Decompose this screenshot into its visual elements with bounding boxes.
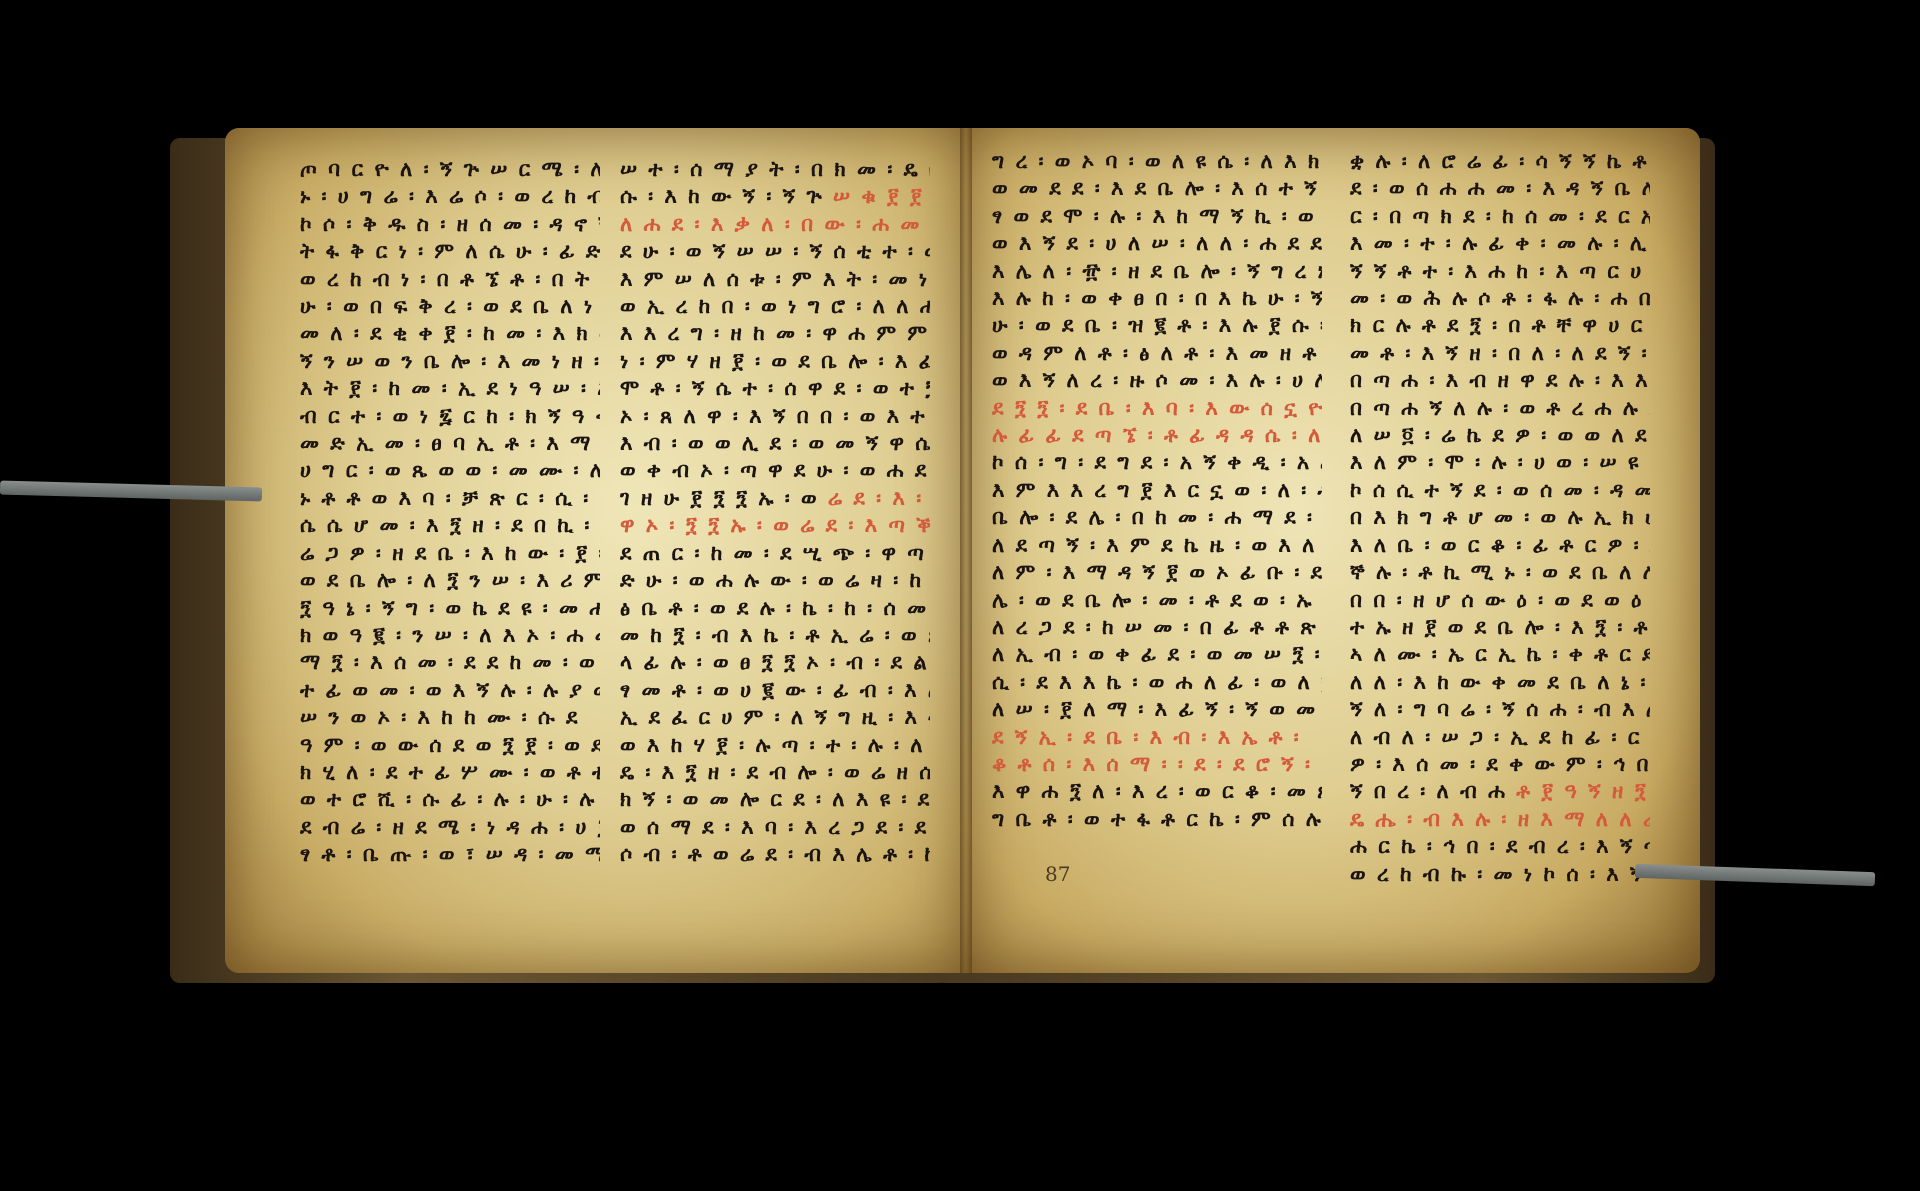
manuscript-line: ሴ ሴ ሆ መ ፡ እ ፺ ዘ ፡ ደ በ ኪ ፡ ወ ለ (300, 512, 600, 539)
manuscript-line: ት ፋ ቅ ር ነ ፡ ም ለ ሴ ሁ ፡ ፊ ድ ፋ ደ ፡ (300, 238, 600, 265)
manuscript-line: ፃ ቶ ፡ ቤ ጡ ፡ ወ ፣ ሠ ዳ ፡ መ ማ ፻ (300, 841, 600, 868)
manuscript-line: ክ ር ሉ ቶ ደ ፺ ፡ በ ቶ ቸ ዋ ሀ ር ሴ ቶ ፡ ወ (1350, 312, 1650, 339)
manuscript-line: እ ም እ እ ረ ግ ፻ እ ር ኗ ወ ፡ ለ ፡ ቶ ፡ ወ ደ (992, 477, 1322, 504)
manuscript-line: ሌ ፡ ወ ደ ቤ ሎ ፡ መ ፡ ቶ ደ ወ ፡ ኡ ፊ ቶ ፡ (992, 587, 1322, 614)
manuscript-line: ሲ ፡ ደ እ እ ኬ ፡ ወ ሐ ለ ፊ ፡ ወ ለ ፶ (992, 669, 1322, 696)
manuscript-line: ክ ኝ ፡ ወ መ ሎ ር ደ ፡ ለ እ ዩ ፡ ደ ፺ ፬ ሬ (620, 786, 930, 813)
manuscript-line: በ ጣ ሐ ፡ እ ብ ዘ ዋ ደ ሉ ፡ እ እ ለ ቶ ፡ (1350, 367, 1650, 394)
manuscript-line: ዎ ፡ እ ሰ መ ፡ ደ ቀ ው ም ፡ ኅ በ ፡ መ (1350, 751, 1650, 778)
manuscript-line: ድ ሁ ፡ ወ ሐ ሉ ው ፡ ወ ሬ ዛ ፡ ከ መ ፡ ደ ዓ (620, 567, 930, 594)
manuscript-line: ዴ ፡ እ ፺ ዘ ፡ ደ ብ ሎ ፡ ወ ሬ ዘ ሰ ወ (620, 759, 930, 786)
manuscript-line: ፅ ቤ ቶ ፡ ወ ደ ሉ ፡ ኬ ፡ ከ ፡ ሰ መ ፡ (620, 595, 930, 622)
manuscript-line: ለ ብ ለ ፡ ሠ ጋ ፡ ኢ ደ ከ ፊ ፡ ር እ ዎ (1350, 724, 1650, 751)
manuscript-line: ሁ ፡ ወ በ ፍ ቅ ረ ፡ ወ ደ ቤ ለ ነ ፡ እ (300, 293, 600, 320)
manuscript-line: መ ቶ ፡ እ ኝ ዘ ፡ በ ለ ፡ ለ ደ ኝ ፡ ፻ (1350, 340, 1650, 367)
manuscript-line: ኮ ሰ ፡ ግ ፡ ደ ግ ደ ፡ አ ኝ ቀ ዲ ፡ አ ሐ ዱ ፡ (992, 449, 1322, 476)
manuscript-line: ለ ለ ፡ እ ከ ው ቀ መ ደ ቤ ለ ኔ ፡ ዮ ሐ (1350, 669, 1650, 696)
manuscript-line: ኣ ለ ሙ ፡ ኤ ር ኢ ኬ ፡ ቀ ቶ ር ደ ፡ (1350, 641, 1650, 668)
manuscript-line: ለ ሠ ፡ ፻ ለ ማ ፡ እ ፊ ኝ ፡ ኝ ወ መ ኝ ፡ ፬ ፡ (992, 696, 1322, 723)
manuscript-line: ዋ ኦ ፡ ፺ ፺ ኡ ፡ ወ ሬ ደ ፡ እ ጣ ቕ (620, 512, 930, 539)
manuscript-line: ቆ ቶ ሰ ፡ እ ሰ ማ ፡ ፡ ደ ፡ ደ ሮ ኝ ፡ (992, 751, 1322, 778)
manuscript-line: ማ ፺ ፡ እ ሰ መ ፡ ደ ደ ከ መ ፡ ወ ተ ቶ (300, 649, 600, 676)
manuscript-line: ተ ኡ ዘ ፻ ወ ደ ቤ ሎ ፡ እ ፺ ፡ ቶ (1350, 614, 1650, 641)
manuscript-line: ወ ተ ሮ ሺ ፡ ሱ ፊ ፡ ሉ ፡ ሁ ፡ ሉ ፡ ዘ (300, 786, 600, 813)
manuscript-line: ኮ ሶ ፡ ቅ ዱ ስ ፡ ዘ ሰ መ ፡ ዳ ኖ ኝ ፡ ወ (300, 211, 600, 238)
text-column-left-2: ሠ ተ ፡ ሰ ማ ያ ት ፡ በ ክ መ ፡ ዴ ቤ ፡ በ ቃሱ ፡ እ ከ… (620, 156, 930, 869)
manuscript-line: ወ ደ ቤ ሎ ፡ ለ ፺ ን ሠ ፡ እ ሪ ም ፡ (300, 567, 600, 594)
manuscript-line: መ ድ ኢ መ ፡ ፀ ባ ኢ ቶ ፡ እ ማ ኢ ት ፡ (300, 430, 600, 457)
manuscript-line: ወ ሰ ማ ደ ፡ እ ባ ፡ እ ረ ጋ ደ ፡ ደ ቤ ፡ (620, 814, 930, 841)
manuscript-line: ኮ ሰ ሲ ተ ኝ ደ ፡ ወ ሰ መ ፡ ዳ መ ፡ (1350, 477, 1650, 504)
manuscript-line: ፺ ዓ ኔ ፡ ኝ ግ ፡ ወ ኬ ደ ዩ ፡ መ ሐ ሴ (300, 595, 600, 622)
manuscript-line: በ እ ክ ግ ቶ ሆ መ ፡ ወ ሉ ኢ ክ ሀ ደ ፡ (1350, 504, 1650, 531)
manuscript-line: ተ ፊ ወ መ ፡ ወ እ ኝ ሉ ፡ ሉ ያ ወ ፡ (300, 677, 600, 704)
manuscript-line: ፃ መ ቶ ፡ ወ ሀ ፪ ው ፡ ፊ ብ ፡ እ ለ ፡ (620, 677, 930, 704)
manuscript-line: ሱ ፡ እ ከ ው ኝ ፡ ኝ ጕ ሠ ቁ ፻ ፻ ሬ ፡ (620, 183, 930, 210)
manuscript-line: ደ ጠ ር ፡ ከ መ ፡ ደ ሢ ጭ ፡ ዋ ጣ ር ፡ እ ደ (620, 540, 930, 567)
manuscript-line: ኝ ለ ፡ ግ ባ ሬ ፡ ኝ ሰ ሐ ፡ ብ እ ሌ ፡ ዘ (1350, 696, 1650, 723)
manuscript-line: ዴ ሔ ፡ ብ እ ሉ ፡ ዘ እ ማ ለ ለ ሬ ጐ ሌ (1350, 806, 1650, 833)
manuscript-line: ወ ረ ከ ብ ኩ ፡ መ ነ ኮ ሰ ፡ እ ኝ ዘ ፡ ደ (1350, 861, 1650, 888)
manuscript-line: እ እ ረ ግ ፡ ዘ ከ መ ፡ ዋ ሐ ም ም ፡ ወ ሰ እ (620, 320, 930, 347)
manuscript-line: ሞ ቶ ፡ ኝ ሴ ተ ፡ ሰ ዋ ደ ፡ ወ ተ ፺ ዓ (620, 375, 930, 402)
manuscript-line: ሉ ፊ ፊ ደ ጣ ኜ ፡ ቶ ፊ ዳ ዳ ሴ ፡ ለ ፡ መ ነ (992, 422, 1322, 449)
manuscript-line: ሁ ፡ ወ ደ ቤ ፡ ዝ ፪ ቶ ፡ እ ሉ ፻ ሱ ፡ ሆ ሠ ፊ ፡ (992, 312, 1322, 339)
manuscript-line: ብ ር ተ ፡ ወ ነ ፯ ር ከ ፡ ክ ኝ ዓ ቀ ወ (300, 403, 600, 430)
manuscript-line: እ ም ሠ ለ ሰ ቱ ፡ ም እ ት ፡ መ ነ ኮ ሰ ት ፡ (620, 266, 930, 293)
manuscript-line: ግ ቤ ቶ ፡ ወ ተ ፋ ቶ ር ኬ ፡ ም ሰ ሉ ሁ ፡ (992, 806, 1322, 833)
text-column-left-1: ጦ ባ ር ዮ ለ ፡ ኝ ጕ ሠ ር ሜ ፡ ሎ ርኑ ፡ ሀ ግ ሬ ፡ እ… (300, 156, 600, 869)
manuscript-book: ጦ ባ ር ዮ ለ ፡ ኝ ጕ ሠ ር ሜ ፡ ሎ ርኑ ፡ ሀ ግ ሬ ፡ እ… (170, 118, 1715, 983)
manuscript-line: ደ ሁ ፡ ወ ኝ ሠ ሠ ፡ ኝ ሰ ቲ ተ ፡ ወ ደ ፡ (620, 238, 930, 265)
folio-number: 87 (1045, 862, 1070, 886)
manuscript-line: ቋ ሉ ፡ ለ ሮ ሬ ፊ ፡ ሳ ኝ ኝ ኬ ቶ ፡ ደ ፊ (1350, 148, 1650, 175)
manuscript-line: ር ፡ በ ጣ ክ ደ ፡ ከ ሰ መ ፡ ደ ር ኤ ኝ ደ ኒ ፡ እ (1350, 203, 1650, 230)
manuscript-line: ክ ወ ዓ ፪ ፡ ን ሠ ፡ ለ እ ኦ ፡ ሐ መ ፡ (300, 622, 600, 649)
manuscript-line: ሀ ግ ር ፡ ወ ጼ ወ ወ ፡ መ ሙ ፡ ለ መ ነ (300, 457, 600, 484)
manuscript-line: እ መ ፡ ተ ፡ ሉ ፊ ቀ ፡ መ ሉ ፡ ሊ ፡ ቶ ፎ ነ ፡ (1350, 230, 1650, 257)
manuscript-line: እ ብ ፡ ወ ወ ሊ ደ ፡ ወ መ ኝ ዋ ሴ ፡ ቶ ዲ ቪ ፡ (620, 430, 930, 457)
manuscript-line: ኞ ሉ ፡ ቶ ኪ ሚ ኑ ፡ ወ ደ ቤ ለ ሉ ፡ (1350, 559, 1650, 586)
manuscript-line: እ ለ ቤ ፡ ወ ር ቆ ፡ ፊ ቶ ር ዎ ፡ ደ እ ወ (1350, 532, 1650, 559)
manuscript-line: ሠ ን ወ ኦ ፡ እ ከ ከ ሙ ፡ ሱ ደ (300, 704, 600, 731)
manuscript-line: ኝ ን ሠ ወ ን ቤ ሎ ፡ እ መ ነ ዘ ፡ ደ (300, 348, 600, 375)
manuscript-line: ወ እ ከ ሃ ፻ ፡ ሉ ጣ ፡ ተ ፡ ሉ ፡ ለ ዘ ፡ እ ረ ፡ (620, 732, 930, 759)
manuscript-line: ኢ ደ ፈ ር ሀ ም ፡ ለ ኝ ግ ዚ ፡ እ ብ ሔ ሮ (620, 704, 930, 731)
manuscript-line: ሐ ር ኬ ፡ ኅ በ ፡ ደ ብ ረ ፡ እ ኝ ጣ ኝ ለ (1350, 833, 1650, 860)
manuscript-line: ደ ብ ሬ ፡ ዘ ደ ሜ ፡ ነ ዳ ሐ ፡ ሀ ፻ (300, 814, 600, 841)
manuscript-line: ኝ በ ረ ፡ ለ ብ ሐ ቶ ፻ ዓ ኝ ዘ ፺ (1350, 778, 1650, 805)
manuscript-line: ኑ ፡ ሀ ግ ሬ ፡ እ ሬ ሶ ፡ ወ ረ ከ ብ ነ ፡ መ ነ (300, 183, 600, 210)
manuscript-line: መ ከ ፺ ፡ ብ እ ኬ ፡ ቶ ኢ ሬ ፡ ወ ጸ ለ ፻ (620, 622, 930, 649)
manuscript-line: እ ት ፻ ፡ ከ መ ፡ ኢ ደ ነ ዓ ሠ ፡ እ ግ (300, 375, 600, 402)
manuscript-line: ደ ፺ ፺ ፡ ደ ቤ ፡ እ ባ ፡ እ ው ሰ ኗ ዮ (992, 395, 1322, 422)
manuscript-line: ለ ኢ ብ ፡ ወ ቀ ፊ ደ ፡ ወ መ ሠ ፺ ፡ ሊ ፡ ቶ ደ (992, 641, 1322, 668)
manuscript-line: እ ሉ ከ ፡ ወ ቀ ፀ በ ፡ በ እ ኬ ሁ ፡ ኝ ብ ፡ እ ቡ (992, 285, 1322, 312)
manuscript-line: እ ዋ ሐ ፺ ለ ፡ እ ረ ፡ ወ ር ቆ ፡ መ ጽ እ ፡ (992, 778, 1322, 805)
manuscript-line: ወ መ ደ ደ ፡ እ ደ ቤ ሎ ፡ እ ሰ ተ ኝ ዘ ር ፡ መ ጣ ሊ (992, 175, 1322, 202)
manuscript-line: ኦ ፡ ጸ ለ ዋ ፡ እ ኝ በ በ ፡ ወ እ ተ በ ፡ በ ሰ መ ፡ (620, 403, 930, 430)
manuscript-line: ለ ሐ ደ ፡ እ ቃ ለ ፡ በ ው ፡ ሐ መ ፡ ጣ ፎ (620, 211, 930, 238)
manuscript-line: ኑ ቶ ቶ ወ እ ባ ፡ ቻ ጽ ር ፡ ሲ ፡ ም (300, 485, 600, 512)
text-column-right-2: ቋ ሉ ፡ ለ ሮ ሬ ፊ ፡ ሳ ኝ ኝ ኬ ቶ ፡ ደ ፊደ ፡ ወ ሰ ሐ… (1350, 148, 1650, 888)
manuscript-line: ለ ሠ ፬ ፡ ሬ ኬ ደ ዎ ፡ ወ ወ ለ ደ ፡ (1350, 422, 1650, 449)
manuscript-line: ሠ ተ ፡ ሰ ማ ያ ት ፡ በ ክ መ ፡ ዴ ቤ ፡ በ ቃ (620, 156, 930, 183)
manuscript-line: ላ ፊ ሉ ፡ ወ ፀ ፺ ፺ ኦ ፡ ብ ፡ ደ ል ኖ ፡ (620, 649, 930, 676)
manuscript-line: ደ ኝ ኢ ፡ ደ ቤ ፡ እ ብ ፡ እ ኤ ቶ ፡ (992, 724, 1322, 751)
manuscript-line: ዓ ም ፡ ወ ው ሰ ደ ወ ፺ ፻ ፡ ወ ደ (300, 732, 600, 759)
manuscript-line: መ ፡ ወ ሕ ሉ ሶ ቶ ፡ ፋ ሉ ፡ ሐ ቤ ቶ ፊ (1350, 285, 1650, 312)
manuscript-line: ፃ ወ ደ ሞ ፡ ሉ ፡ እ ከ ማ ኝ ኪ ፡ ወ ፋ ቶ ሬ ቶ ቲ ፡ (992, 203, 1322, 230)
text-column-right-1: ግ ረ ፡ ወ ኦ ባ ፡ ወ ለ ዩ ሴ ፡ ለ እ ክ ፡ ኝ ቤ ፡ወ መ… (992, 148, 1322, 833)
manuscript-line: ሬ ጋ ዎ ፡ ዘ ደ ቤ ፡ እ ከ ው ፡ ፻ ፡ ፻ ግ (300, 540, 600, 567)
manuscript-line: ጦ ባ ር ዮ ለ ፡ ኝ ጕ ሠ ር ሜ ፡ ሎ ር (300, 156, 600, 183)
manuscript-line: ወ ኢ ረ ከ በ ፡ ወ ነ ግ ሮ ፡ ለ ለ ሐ ደ ፡ እ ው (620, 293, 930, 320)
manuscript-line: በ በ ፡ ዘ ሆ ሰ ው ዕ ፡ ወ ደ ወ ዕ ቶ (1350, 587, 1650, 614)
manuscript-line: ሶ ብ ፡ ቶ ወ ሬ ደ ፡ ብ እ ሌ ቶ ፡ ከ ፡ ፻ (620, 841, 930, 868)
book-gutter (960, 128, 972, 973)
manuscript-line: ክ ሂ ለ ፡ ደ ተ ፊ ሦ ሙ ፡ ወ ቶ ተ ፊ ም ፡ (300, 759, 600, 786)
manuscript-line: እ ሌ ለ ፡ ፹ ፡ ዘ ደ ቤ ሎ ፡ ኝ ግ ረ ኑ ፡ መ ለ (992, 258, 1322, 285)
manuscript-line: ነ ፡ ም ሃ ዘ ፻ ፡ ወ ደ ቤ ሎ ፡ እ ፊ ኝ ደ ፡ እ (620, 348, 930, 375)
manuscript-line: ገ ዘ ሁ ፻ ፺ ፺ ኡ ፡ ወ ሬ ደ ፡ እ ፡ ቋ (620, 485, 930, 512)
manuscript-line: ኝ ኝ ቶ ተ ፡ እ ሐ ከ ፡ እ ጣ ር ሀ ፡ ፊ (1350, 258, 1650, 285)
manuscript-line: ወ ዳ ም ለ ቶ ፡ ፅ ለ ቶ ፡ እ መ ዘ ቶ ወ ለ ደ ፡ (992, 340, 1322, 367)
manuscript-line: ወ ረ ከ ብ ነ ፡ በ ቶ ኜ ቶ ፡ በ ት ሒ ት ና (300, 266, 600, 293)
manuscript-line: ደ ፡ ወ ሰ ሐ ሐ መ ፡ እ ዳ ኝ ቤ ሉ ከ ለ ከ (1350, 175, 1650, 202)
manuscript-line: ቤ ሎ ፡ ደ ሌ ፡ በ ከ መ ፡ ሐ ማ ደ ፡ ሜ ደ ቤ ፡ (992, 504, 1322, 531)
manuscript-line: ግ ረ ፡ ወ ኦ ባ ፡ ወ ለ ዩ ሴ ፡ ለ እ ክ ፡ ኝ ቤ ፡ (992, 148, 1322, 175)
manuscript-line: ለ ደ ጣ ኝ ፡ እ ም ደ ኬ ዜ ፡ ወ እ ለ ከ ፡ ለ ዓ (992, 532, 1322, 559)
manuscript-line: ወ እ ኝ ደ ፡ ሀ ለ ሠ ፡ ለ ለ ፡ ሐ ደ ደ ኬ ፡ ከ ሠ (992, 230, 1322, 257)
manuscript-line: ለ ረ ጋ ደ ፡ ከ ሠ መ ፡ በ ፊ ቶ ቶ ጽ ሔ ፡ (992, 614, 1322, 641)
manuscript-line: መ ለ ፡ ደ ቂ ቀ ፻ ፡ ከ መ ፡ እ ክ ወ ኝ (300, 320, 600, 347)
manuscript-line: ለ ም ፡ እ ማ ዳ ኝ ፻ ወ ኦ ፊ ቡ ፡ ደ ቤ ሎ ፡ ደ (992, 559, 1322, 586)
manuscript-line: ወ ቀ ብ ኦ ፡ ጣ ዋ ደ ሁ ፡ ወ ሐ ደ ፡ ወ ፡ በ (620, 457, 930, 484)
manuscript-line: ወ እ ኝ ለ ረ ፡ ዙ ሶ መ ፡ እ ሉ ፡ ሀ ለ ወ ፡ (992, 367, 1322, 394)
manuscript-line: እ ለ ም ፡ ሞ ፡ ሉ ፡ ሀ ወ ፡ ሠ ዩ ፡ ፊ ቡ ቶ ፡ (1350, 449, 1650, 476)
manuscript-line: በ ጣ ሐ ኝ ለ ሉ ፡ ወ ቶ ረ ሐ ሉ ኒ ፡ ቶ ለ ፡ (1350, 395, 1650, 422)
